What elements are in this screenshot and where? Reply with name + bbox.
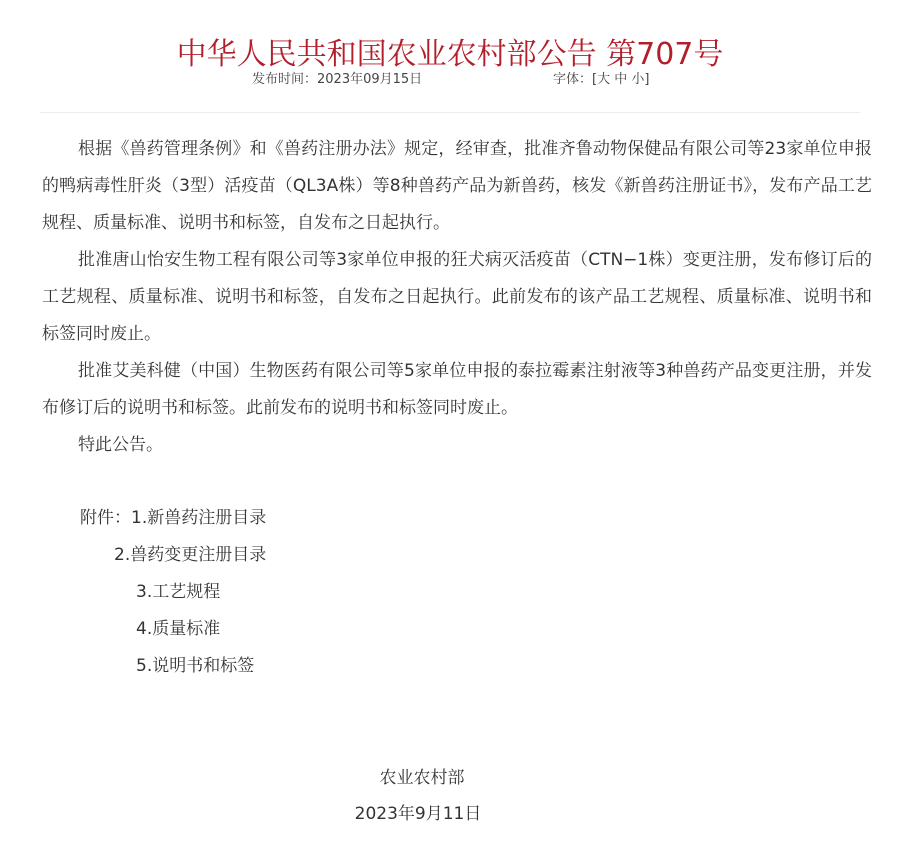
font-size-large-button[interactable]: 大 [597,72,610,87]
attachment-item[interactable]: 3.工艺规程 [136,582,220,602]
font-size-medium-button[interactable]: 中 [614,72,627,87]
paragraph-rabies-vaccine: 批准唐山怡安生物工程有限公司等3家单位申报的狂犬病灭活疫苗（CTN−1株）变更注… [42,242,872,353]
publish-date: 发布时间：2023年09月15日 [252,70,422,90]
paragraph-tulathromycin: 批准艾美科健（中国）生物医药有限公司等5家单位申报的泰拉霉素注射液等3种兽药产品… [42,353,872,427]
paragraph-new-drugs: 根据《兽药管理条例》和《兽药注册办法》规定，经审查，批准齐鲁动物保健品有限公司等… [42,131,872,242]
attachment-item[interactable]: 2.兽药变更注册目录 [114,545,266,565]
paragraph-closing: 特此公告。 [42,427,872,464]
font-size-bracket-close: ] [644,72,649,87]
attachment-row-3: 3.工艺规程 [136,574,220,611]
attachment-item[interactable]: 1.新兽药注册目录 [131,508,266,528]
header-divider [40,112,860,113]
announcement-body: 根据《兽药管理条例》和《兽药注册办法》规定，经审查，批准齐鲁动物保健品有限公司等… [42,131,872,464]
signing-date: 2023年9月11日 [355,799,482,829]
font-size-label: 字体： [553,72,592,87]
attachment-item[interactable]: 4.质量标准 [136,619,220,639]
attachment-row-5: 5.说明书和标签 [136,648,254,685]
attachment-row-4: 4.质量标准 [136,611,220,648]
attachment-row-1: 附件：1.新兽药注册目录 [80,500,266,537]
attachments-label: 附件： [80,508,131,528]
font-size-small-button[interactable]: 小 [631,72,644,87]
font-size-switcher: 字体：[大 中 小] [553,70,650,90]
attachment-row-2: 2.兽药变更注册目录 [114,537,266,574]
page-title: 中华人民共和国农业农村部公告 第707号 [0,34,900,76]
signing-organization: 农业农村部 [380,763,465,793]
attachment-item[interactable]: 5.说明书和标签 [136,656,254,676]
